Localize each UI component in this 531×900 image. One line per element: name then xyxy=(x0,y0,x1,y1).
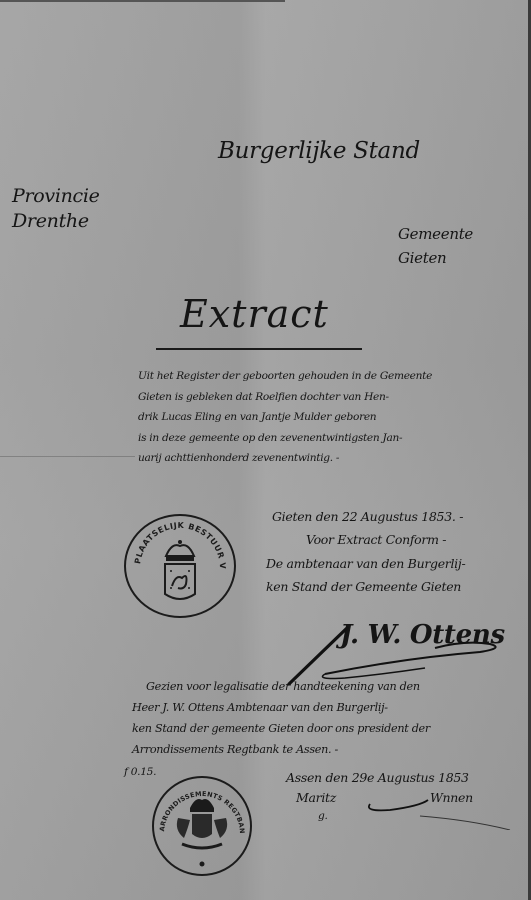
voor-extract-conform: Voor Extract Conform - xyxy=(306,528,446,551)
paper-fold-line xyxy=(0,456,135,457)
second-signature: Maritz xyxy=(296,786,336,809)
province-label: Provincie xyxy=(12,184,100,209)
extract-title: Extract xyxy=(180,292,329,336)
court-seal: ARRONDISSEMENTS REGTBANK TE ASSEN xyxy=(152,776,252,876)
legalization-text: Gezien voor legalisatie der handteekenin… xyxy=(132,676,430,760)
province-block: Provincie Drenthe xyxy=(12,184,100,234)
municipality-name: Gieten xyxy=(398,246,473,270)
body-line: Uit het Register der geboorten gehouden … xyxy=(138,366,432,387)
official-line: ken Stand der Gemeente Gieten xyxy=(266,575,465,598)
extract-body: Uit het Register der geboorten gehouden … xyxy=(138,366,432,469)
scanned-document-page: Burgerlijke Stand Provincie Drenthe Geme… xyxy=(0,0,531,900)
body-line: is in deze gemeente op den zevenentwinti… xyxy=(138,428,432,449)
body-line: uarij achttienhonderd zevenentwintig. - xyxy=(138,448,432,469)
municipal-seal: PLAATSELIJK BESTUUR VAN GIETEN xyxy=(124,514,236,618)
legalization-line: Arrondissements Regtbank te Assen. - xyxy=(132,739,430,760)
second-signature-flourish-icon xyxy=(360,790,530,830)
official-line: De ambtenaar van den Burgerlij- xyxy=(266,552,465,575)
legalization-line: ken Stand der gemeente Gieten door ons p… xyxy=(132,718,430,739)
province-name: Drenthe xyxy=(12,209,100,234)
municipal-seal-icon: PLAATSELIJK BESTUUR VAN GIETEN xyxy=(126,516,234,616)
official-title: De ambtenaar van den Burgerlij- ken Stan… xyxy=(266,552,465,598)
signature-initial: g. xyxy=(318,806,328,827)
title-underline xyxy=(156,348,362,350)
body-line: drik Lucas Eling en van Jantje Mulder ge… xyxy=(138,407,432,428)
body-line: Gieten is gebleken dat Roelfien dochter … xyxy=(138,387,432,408)
municipality-label: Gemeente xyxy=(398,222,473,246)
document-heading: Burgerlijke Stand xyxy=(218,138,420,164)
municipality-block: Gemeente Gieten xyxy=(398,222,473,270)
svg-text:PLAATSELIJK BESTUUR VAN GIETEN: PLAATSELIJK BESTUUR VAN GIETEN xyxy=(126,516,227,570)
legalization-line: Heer J. W. Ottens Ambtenaar van den Burg… xyxy=(132,697,430,718)
fee-amount: f 0.15. xyxy=(124,762,156,783)
place-date: Gieten den 22 Augustus 1853. - xyxy=(272,505,463,528)
page-top-edge xyxy=(0,0,285,2)
court-seal-icon: ARRONDISSEMENTS REGTBANK TE ASSEN xyxy=(154,778,250,874)
legalization-line: Gezien voor legalisatie der handteekenin… xyxy=(132,676,430,697)
